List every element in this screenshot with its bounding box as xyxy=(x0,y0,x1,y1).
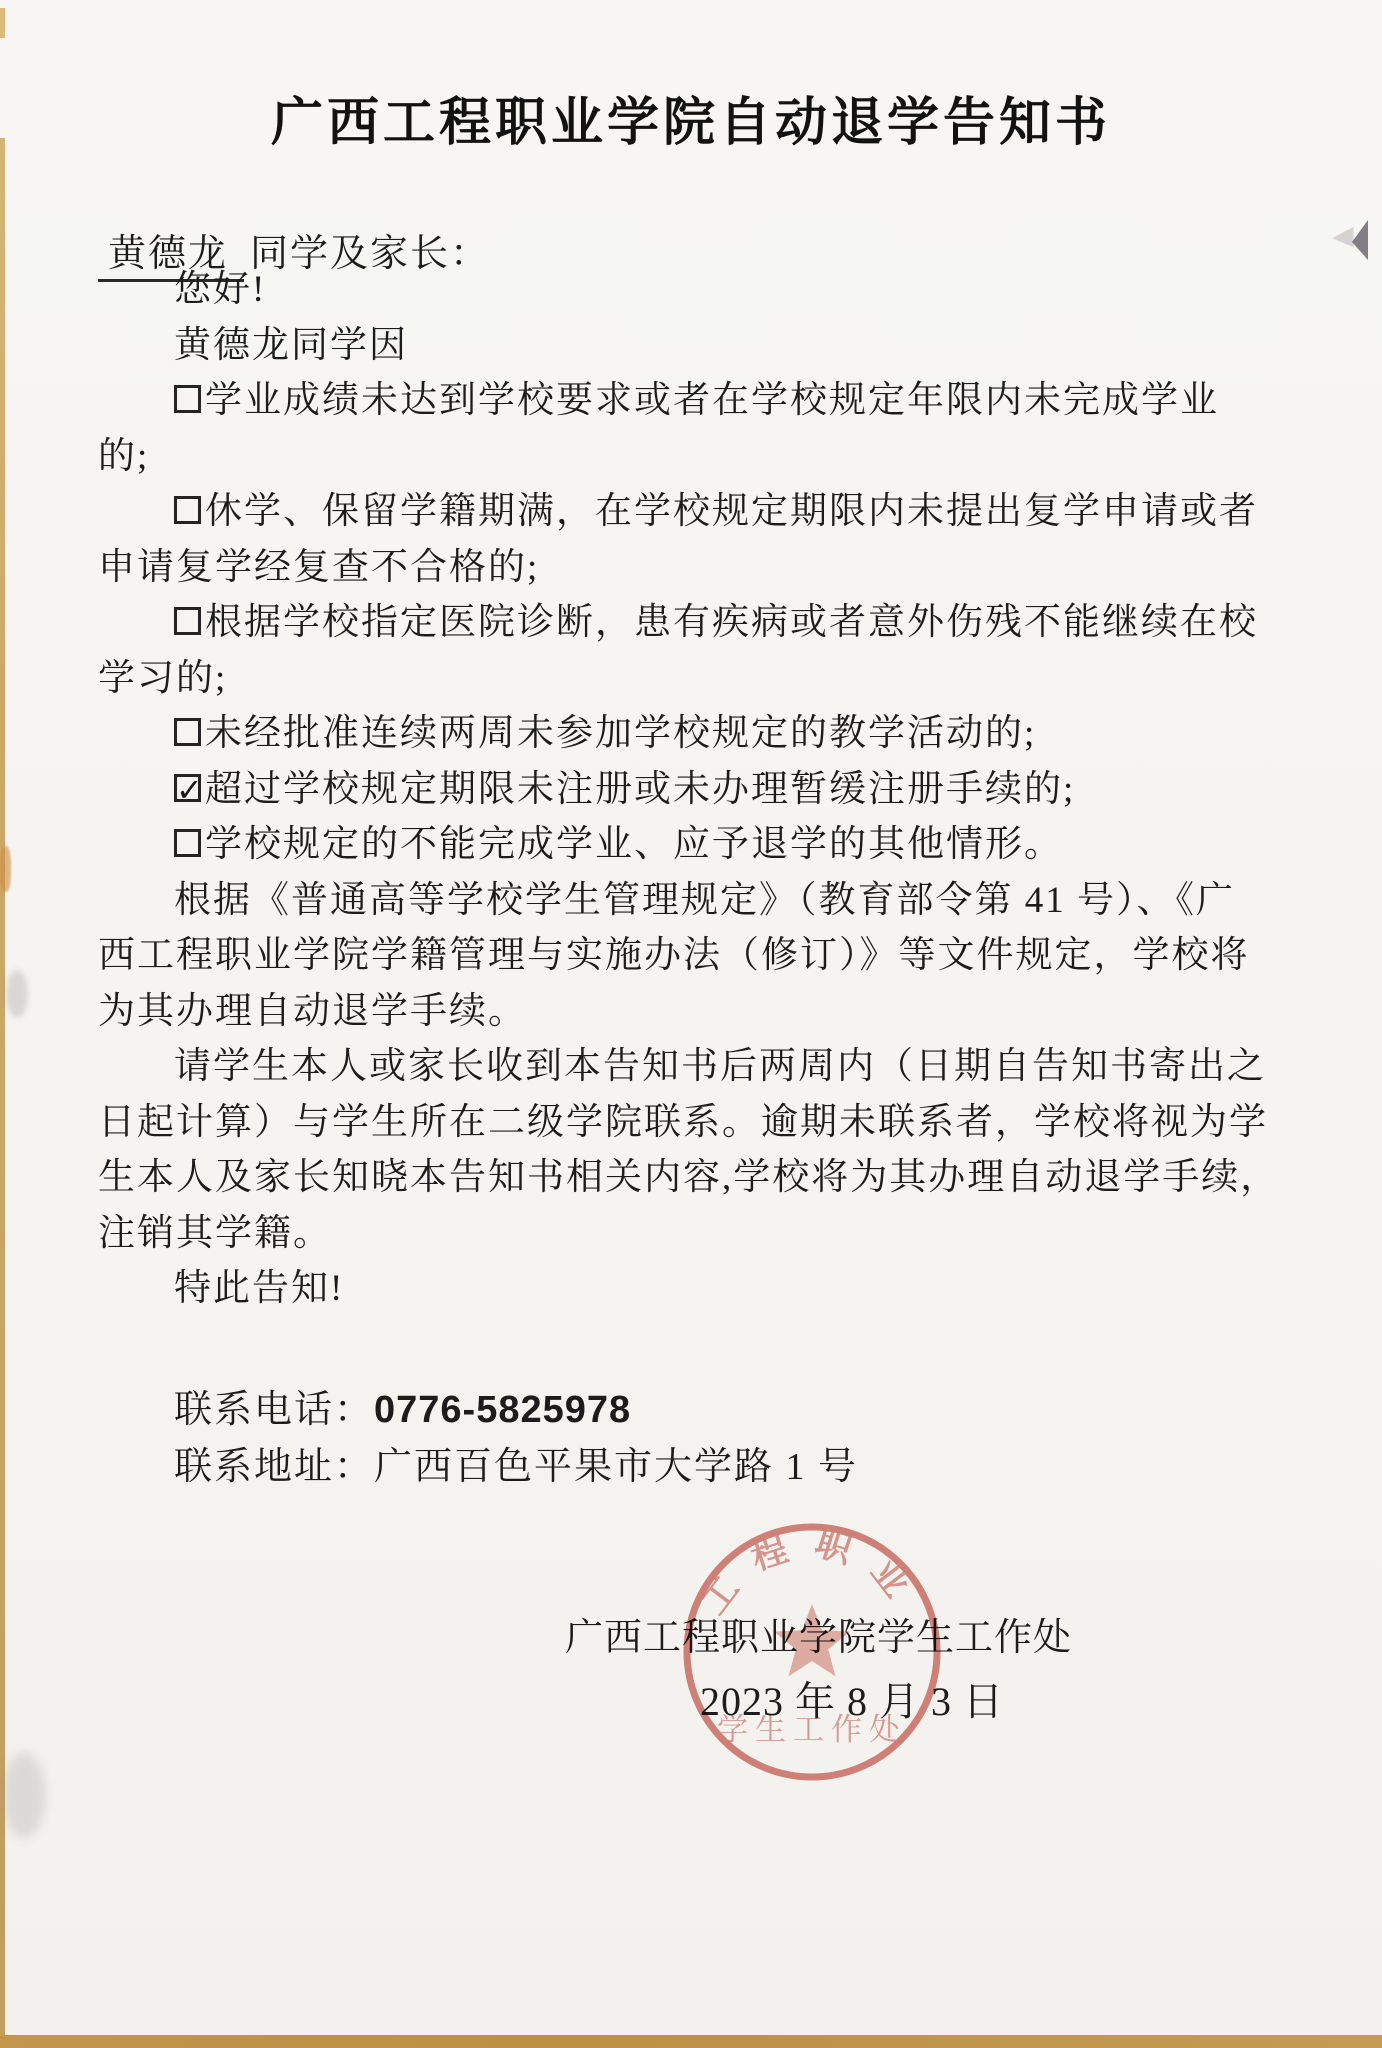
body-line: 学校规定的不能完成学业、应予退学的其他情形。 xyxy=(98,817,1313,873)
scan-edge-left xyxy=(0,138,5,2043)
body-line-text: 未经批准连续两周未参加学校规定的教学活动的; xyxy=(205,713,1036,754)
body-line-text: 休学、保留学籍期满，在学校规定期限内未提出复学申请或者 xyxy=(205,491,1258,532)
body-line-text: 特此告知! xyxy=(174,1268,344,1309)
body-line-text: 您好! xyxy=(174,269,266,310)
body-line: 根据学校指定医院诊断，患有疾病或者意外伤残不能继续在校 xyxy=(98,595,1313,651)
scan-artifact xyxy=(1332,224,1354,250)
checkbox-unchecked-icon xyxy=(174,496,201,524)
body-line-text: 日起计算）与学生所在二级学院联系。逾期未联系者，学校将视为学 xyxy=(98,1102,1268,1143)
body-line: 学业成绩未达到学校要求或者在学校规定年限内未完成学业 xyxy=(98,373,1313,429)
address-value: 广西百色平果市大学路 1 号 xyxy=(374,1446,858,1488)
body-line-text: 为其办理自动退学手续。 xyxy=(98,991,527,1032)
signature-date: 2023 年 8 月 3 日 xyxy=(700,1670,1004,1727)
body-line-text: 超过学校规定期限未注册或未办理暂缓注册手续的; xyxy=(205,769,1075,810)
checkbox-unchecked-icon xyxy=(174,385,201,413)
body-line-text: 学业成绩未达到学校要求或者在学校规定年限内未完成学业 xyxy=(205,380,1219,421)
body-line: 西工程职业学院学籍管理与实施办法（修订）》等文件规定，学校将 xyxy=(98,928,1313,984)
body-line: 根据《普通高等学校学生管理规定》（教育部令第 41 号）、《广 xyxy=(98,873,1313,929)
body-line-text: 学习的; xyxy=(98,658,227,699)
checkbox-unchecked-icon xyxy=(174,718,201,746)
scan-smudge xyxy=(2,1752,46,1838)
signature-org: 广西工程职业学院学生工作处 xyxy=(565,1606,1072,1661)
body-line: 注销其学籍。 xyxy=(98,1206,1313,1262)
contact-address-line: 联系地址：广西百色平果市大学路 1 号 xyxy=(174,1439,858,1496)
body-line-text: 黄德龙同学因 xyxy=(174,325,408,366)
scan-smudge xyxy=(6,970,28,1018)
document-title: 广西工程职业学院自动退学告知书 xyxy=(0,80,1382,155)
body-line-text: 西工程职业学院学籍管理与实施办法（修订）》等文件规定，学校将 xyxy=(98,935,1250,976)
checkbox-unchecked-icon xyxy=(174,607,201,635)
body-line-text: 申请复学经复查不合格的; xyxy=(98,547,539,588)
checkbox-unchecked-icon xyxy=(174,829,201,857)
body-line: 学习的; xyxy=(98,651,1313,707)
body-line-text: 注销其学籍。 xyxy=(98,1213,332,1254)
phone-label: 联系电话： xyxy=(174,1389,374,1431)
body-line: 未经批准连续两周未参加学校规定的教学活动的; xyxy=(98,706,1313,762)
body-line: 您好! xyxy=(98,262,1313,318)
scan-edge-bottom xyxy=(0,2035,1382,2048)
body-line: 申请复学经复查不合格的; xyxy=(98,540,1313,596)
scanned-document-page: 广西工程职业学院自动退学告知书 黄德龙同学及家长： 您好!黄德龙同学因学业成绩未… xyxy=(0,0,1382,2048)
body-line: 黄德龙同学因 xyxy=(98,318,1313,374)
body-line-text: 学校规定的不能完成学业、应予退学的其他情形。 xyxy=(205,824,1063,865)
body-lines: 您好!黄德龙同学因学业成绩未达到学校要求或者在学校规定年限内未完成学业的;休学、… xyxy=(98,262,1313,1317)
phone-number: 0776-5825978 xyxy=(374,1389,631,1431)
address-label: 联系地址： xyxy=(174,1446,374,1488)
body-line: 请学生本人或家长收到本告知书后两周内（日期自告知书寄出之 xyxy=(98,1039,1313,1095)
body-line: 超过学校规定期限未注册或未办理暂缓注册手续的; xyxy=(98,762,1313,818)
body-line-text: 请学生本人或家长收到本告知书后两周内（日期自告知书寄出之 xyxy=(174,1046,1266,1087)
body-line-text: 根据《普通高等学校学生管理规定》（教育部令第 41 号）、《广 xyxy=(174,880,1235,921)
checkbox-checked-icon xyxy=(174,774,201,802)
body-line: 日起计算）与学生所在二级学院联系。逾期未联系者，学校将视为学 xyxy=(98,1095,1313,1151)
body-line-text: 根据学校指定医院诊断，患有疾病或者意外伤残不能继续在校 xyxy=(205,602,1258,643)
scan-blotch xyxy=(0,846,11,892)
body-line-text: 的; xyxy=(98,436,149,477)
body-line: 生本人及家长知晓本告知书相关内容,学校将为其办理自动退学手续， xyxy=(98,1150,1313,1206)
scan-corner-artifact xyxy=(0,8,5,38)
body-line-text: 生本人及家长知晓本告知书相关内容,学校将为其办理自动退学手续， xyxy=(98,1157,1279,1198)
body-line: 为其办理自动退学手续。 xyxy=(98,984,1313,1040)
contact-block: 联系电话：0776-5825978 联系地址：广西百色平果市大学路 1 号 xyxy=(174,1382,858,1496)
body-line: 休学、保留学籍期满，在学校规定期限内未提出复学申请或者 xyxy=(98,484,1313,540)
contact-phone-line: 联系电话：0776-5825978 xyxy=(174,1382,858,1439)
body-line: 特此告知! xyxy=(98,1261,1313,1317)
body-line: 的; xyxy=(98,429,1313,485)
